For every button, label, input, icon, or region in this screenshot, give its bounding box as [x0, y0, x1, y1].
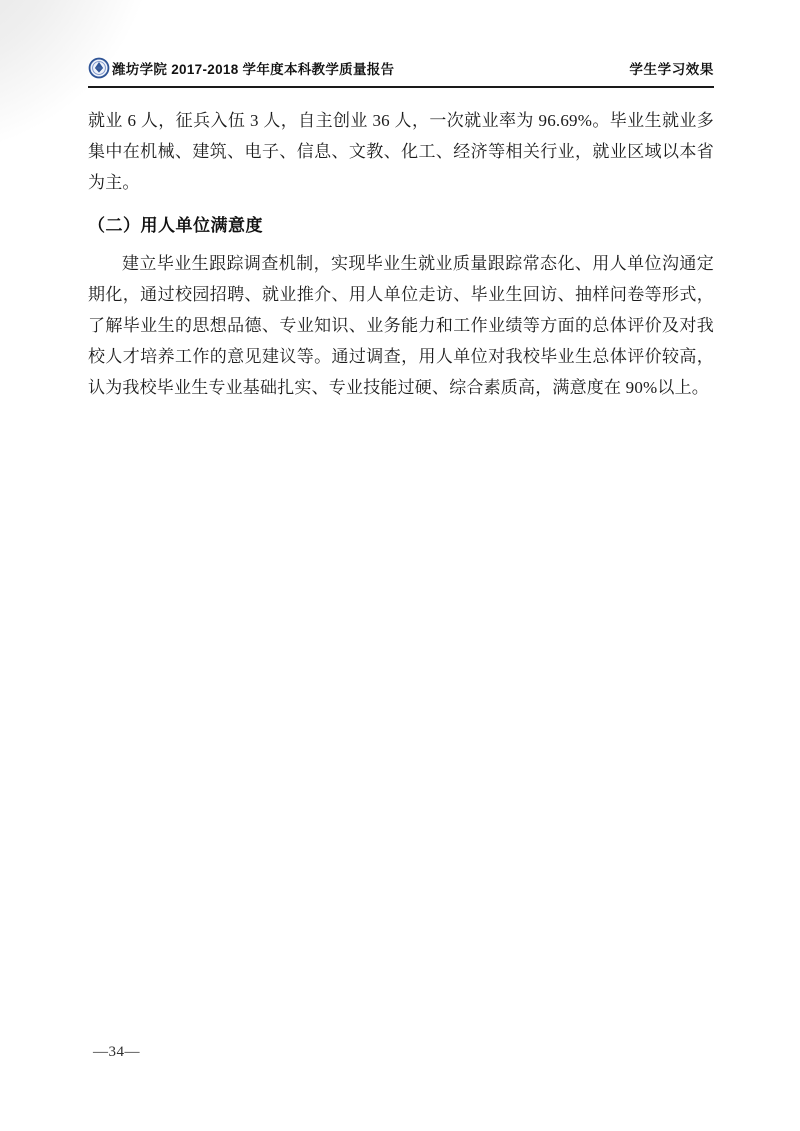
- header-section-title: 学生学习效果: [629, 58, 714, 78]
- page-number: —34—: [93, 1044, 140, 1061]
- paragraph-employer-survey: 建立毕业生跟踪调查机制，实现毕业生就业质量跟踪常态化、用人单位沟通定期化，通过校…: [88, 248, 714, 403]
- university-seal-icon: [88, 57, 110, 79]
- paragraph-employment-stats: 就业 6 人，征兵入伍 3 人，自主创业 36 人，一次就业率为 96.69%。…: [88, 105, 714, 198]
- page-body: 就业 6 人，征兵入伍 3 人，自主创业 36 人，一次就业率为 96.69%。…: [88, 105, 714, 403]
- document-page: 潍坊学院 2017-2018 学年度本科教学质量报告 学生学习效果 就业 6 人…: [0, 0, 800, 1131]
- section-heading-employer-satisfaction: （二）用人单位满意度: [88, 213, 714, 239]
- page-header: 潍坊学院 2017-2018 学年度本科教学质量报告 学生学习效果: [88, 57, 714, 79]
- header-rule: [88, 86, 714, 88]
- header-report-title: 潍坊学院 2017-2018 学年度本科教学质量报告: [112, 58, 394, 78]
